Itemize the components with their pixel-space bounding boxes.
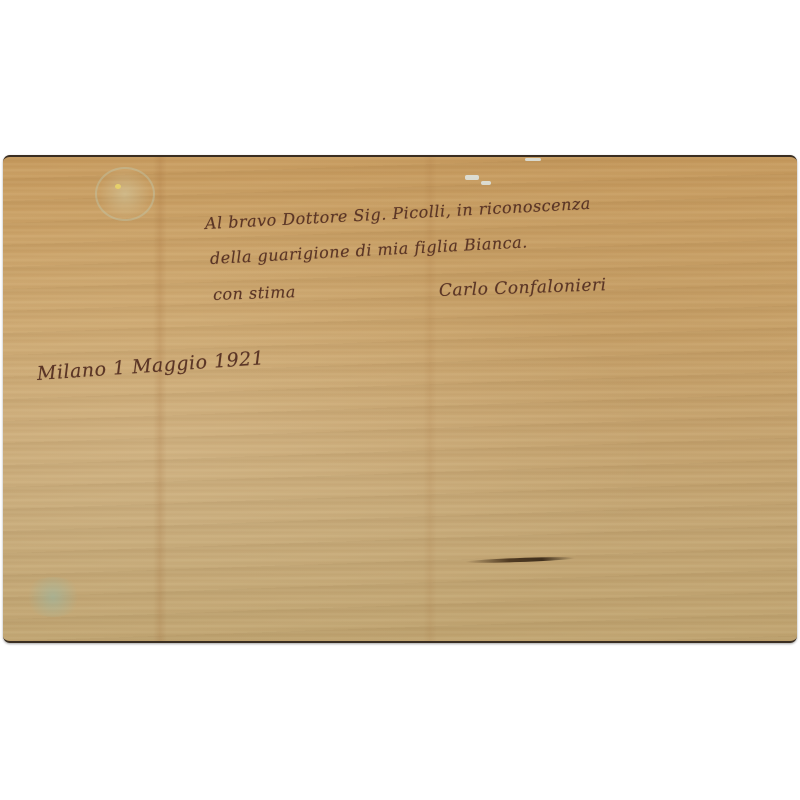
paint-chip bbox=[465, 175, 479, 180]
wooden-panel: Al bravo Dottore Sig. Picolli, in ricono… bbox=[3, 155, 797, 643]
wood-grain bbox=[3, 157, 797, 641]
wood-streak bbox=[423, 157, 437, 641]
inscription-closing: con stima bbox=[213, 282, 297, 304]
water-stain bbox=[95, 167, 155, 221]
discoloration bbox=[23, 577, 83, 617]
paint-chip bbox=[525, 158, 541, 161]
stain-dot bbox=[115, 184, 121, 189]
wood-streak bbox=[153, 157, 167, 641]
paint-chip bbox=[481, 181, 491, 185]
